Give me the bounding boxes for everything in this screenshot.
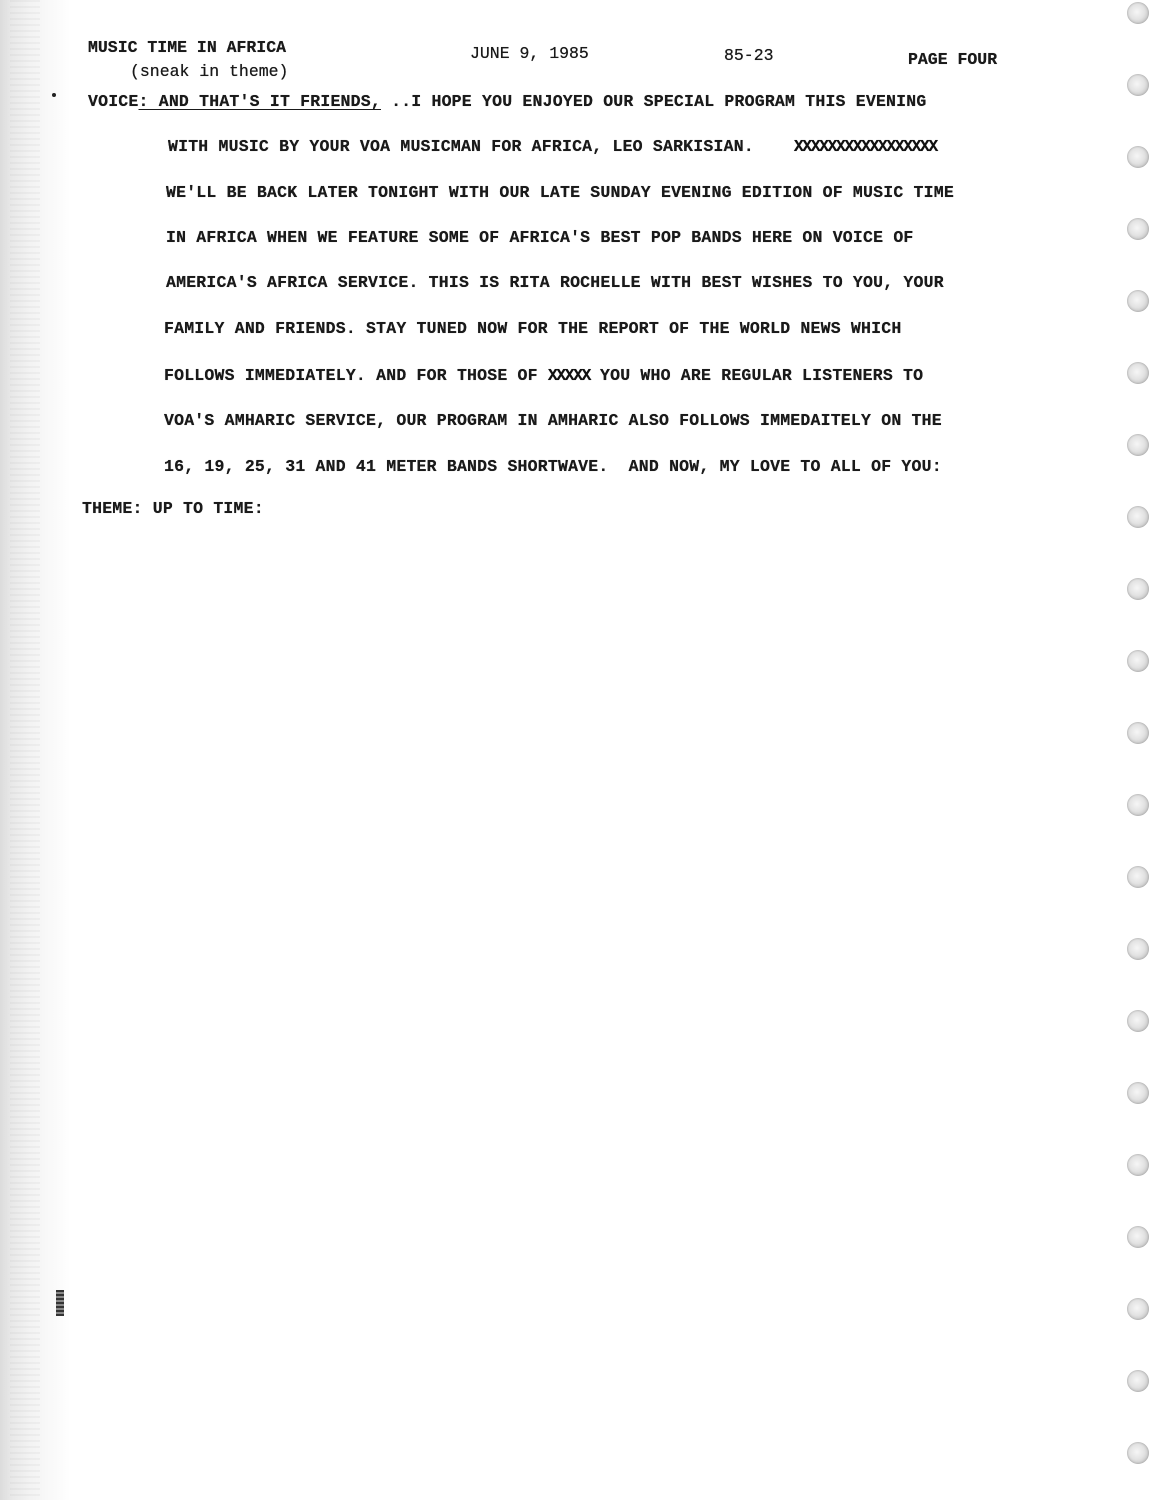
punch-hole [1127,578,1149,600]
line-text: WITH MUSIC BY YOUR VOA MUSICMAN FOR AFRI… [168,137,754,156]
scanned-page-edge [0,0,70,1500]
punch-hole [1127,362,1149,384]
script-line-3: WE'LL BE BACK LATER TONIGHT WITH OUR LAT… [166,183,954,202]
margin-dot [52,93,56,97]
punch-hole [1127,650,1149,672]
voice-line-1: VOICE: AND THAT'S IT FRIENDS, ..I HOPE Y… [88,92,926,111]
punch-hole [1127,1370,1149,1392]
punch-hole [1127,1226,1149,1248]
broadcast-date: JUNE 9, 1985 [470,44,589,63]
punch-hole [1127,1154,1149,1176]
script-line-2: WITH MUSIC BY YOUR VOA MUSICMAN FOR AFRI… [168,137,937,156]
voice-opening: : AND THAT'S IT FRIENDS, [139,92,381,111]
punch-hole [1127,866,1149,888]
line-text: YOU WHO ARE REGULAR LISTENERS TO [590,366,923,385]
page-number: PAGE FOUR [908,50,997,69]
punch-hole [1127,290,1149,312]
punch-hole [1127,1082,1149,1104]
voice-label: VOICE [88,92,139,111]
script-line-6: FAMILY AND FRIENDS. STAY TUNED NOW FOR T… [164,319,901,338]
punch-hole [1127,1298,1149,1320]
script-number: 85-23 [724,46,774,65]
script-line-5: AMERICA'S AFRICA SERVICE. THIS IS RITA R… [166,273,944,292]
struck-out-text: XXXXXXXXXXXXXXXXX [794,137,937,156]
cue-note: (sneak in theme) [130,62,288,81]
script-line-8: VOA'S AMHARIC SERVICE, OUR PROGRAM IN AM… [164,411,942,430]
punch-hole [1127,146,1149,168]
punch-hole [1127,722,1149,744]
program-title: MUSIC TIME IN AFRICA [88,38,286,57]
punch-hole [1127,794,1149,816]
punch-hole [1127,1442,1149,1464]
struck-out-text: XXXXX [548,366,590,385]
punch-hole [1127,74,1149,96]
script-line-9: 16, 19, 25, 31 AND 41 METER BANDS SHORTW… [164,457,942,476]
punch-hole [1127,434,1149,456]
punch-holes [1127,0,1157,1500]
script-line-4: IN AFRICA WHEN WE FEATURE SOME OF AFRICA… [166,228,914,247]
punch-hole [1127,1010,1149,1032]
voice-line-text: ..I HOPE YOU ENJOYED OUR SPECIAL PROGRAM… [381,92,927,111]
punch-hole [1127,938,1149,960]
binding-clip-mark [56,1290,64,1316]
punch-hole [1127,218,1149,240]
punch-hole [1127,506,1149,528]
line-text: FOLLOWS IMMEDIATELY. AND FOR THOSE OF [164,366,538,385]
script-line-7: FOLLOWS IMMEDIATELY. AND FOR THOSE OF XX… [164,366,923,385]
punch-hole [1127,2,1149,24]
theme-cue: THEME: UP TO TIME: [82,499,264,518]
